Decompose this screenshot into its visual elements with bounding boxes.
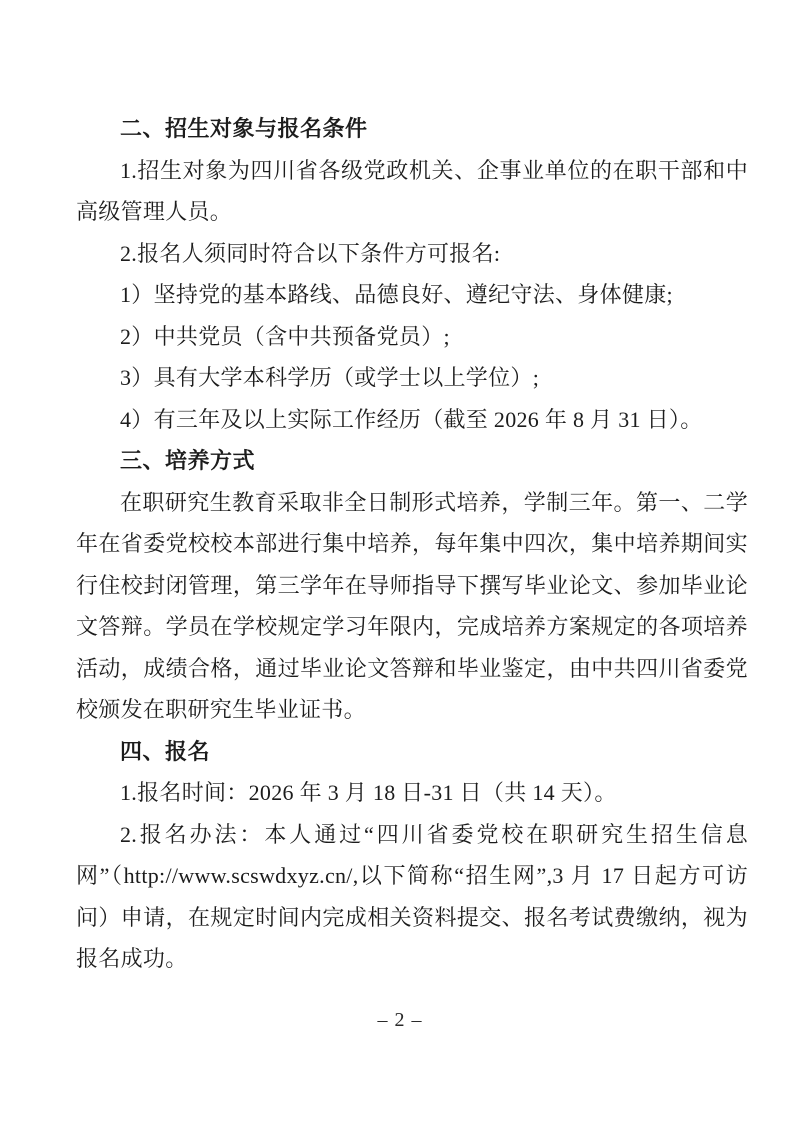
list-item-condition-3: 3）具有大学本科学历（或学士以上学位）; <box>76 357 748 399</box>
body-paragraph: 2.报名办法：本人通过“四川省委党校在职研究生招生信息网”（http://www… <box>76 814 748 980</box>
section-heading-4: 四、报名 <box>76 731 748 773</box>
body-paragraph: 在职研究生教育采取非全日制形式培养，学制三年。第一、二学年在省委党校校本部进行集… <box>76 482 748 731</box>
section-heading-3: 三、培养方式 <box>76 440 748 482</box>
page-number: – 2 – <box>0 1006 800 1034</box>
list-item-condition-4: 4）有三年及以上实际工作经历（截至 2026 年 8 月 31 日）。 <box>76 399 748 441</box>
list-item-condition-1: 1）坚持党的基本路线、品德良好、遵纪守法、身体健康; <box>76 274 748 316</box>
section-heading-2: 二、招生对象与报名条件 <box>76 108 748 150</box>
body-paragraph: 2.报名人须同时符合以下条件方可报名: <box>76 233 748 275</box>
document-page: 二、招生对象与报名条件 1.招生对象为四川省各级党政机关、企事业单位的在职干部和… <box>0 0 800 1131</box>
document-body: 二、招生对象与报名条件 1.招生对象为四川省各级党政机关、企事业单位的在职干部和… <box>76 108 748 980</box>
body-paragraph: 1.报名时间：2026 年 3 月 18 日-31 日（共 14 天）。 <box>76 772 748 814</box>
list-item-condition-2: 2）中共党员（含中共预备党员）; <box>76 316 748 358</box>
body-paragraph: 1.招生对象为四川省各级党政机关、企事业单位的在职干部和中高级管理人员。 <box>76 150 748 233</box>
